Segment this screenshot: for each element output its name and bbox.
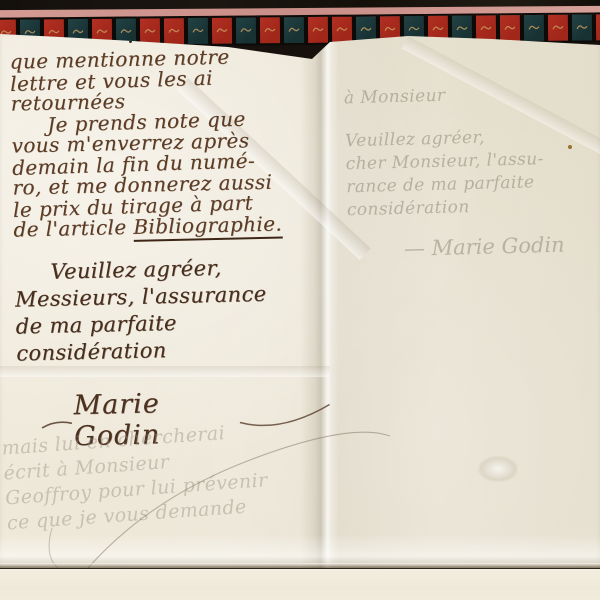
gilt-motif-icon xyxy=(526,21,542,35)
gilt-motif-icon xyxy=(142,24,158,38)
ornament-tile xyxy=(162,16,186,46)
ornament-tile xyxy=(522,13,546,43)
gilt-motif-icon xyxy=(430,22,446,36)
letter-paragraph-1: que mentionne notrelettre et vous les ai… xyxy=(9,44,329,240)
ornament-tile xyxy=(306,15,330,45)
gilt-motif-icon xyxy=(190,24,206,38)
ornament-tile xyxy=(330,15,354,45)
ornament-tile xyxy=(234,15,258,45)
gilt-motif-icon xyxy=(262,23,278,37)
gilt-motif-icon xyxy=(94,25,110,39)
gilt-motif-icon xyxy=(118,25,134,39)
gilt-motif-icon xyxy=(406,22,422,36)
gilt-motif-icon xyxy=(334,23,350,37)
signature-lead-stroke xyxy=(40,411,74,432)
gilt-motif-icon xyxy=(574,21,590,35)
ornament-tile xyxy=(258,15,282,45)
ornament-tile xyxy=(186,16,210,46)
faint-signature: — Marie Godin xyxy=(404,232,600,261)
gilt-motif-icon xyxy=(286,23,302,37)
gilt-motif-icon xyxy=(382,22,398,36)
ornament-tile xyxy=(498,13,522,43)
folded-under-sheet xyxy=(0,569,600,600)
ornament-tile xyxy=(546,13,570,43)
ornament-tile xyxy=(210,16,234,46)
gilt-motif-icon xyxy=(310,23,326,37)
photographed-letter: que mentionne notrelettre et vous les ai… xyxy=(0,0,600,600)
letter-sheet: que mentionne notrelettre et vous les ai… xyxy=(0,28,600,568)
gilt-motif-icon xyxy=(70,25,86,39)
faint-signature-name: Marie Godin xyxy=(431,233,565,260)
letter-text-block: que mentionne notrelettre et vous les ai… xyxy=(9,44,334,453)
gilt-motif-icon xyxy=(502,21,518,35)
faint-right-lines: à MonsieurVeuillez agréer,cher Monsieur,… xyxy=(344,81,599,223)
gilt-motif-icon xyxy=(214,24,230,38)
ornament-tile xyxy=(570,12,594,42)
gilt-motif-icon xyxy=(166,24,182,38)
paper-speck xyxy=(568,145,572,149)
letter-paragraph-2: Veuillez agréer,Messieurs, l'assurancede… xyxy=(14,252,332,367)
letter-line: considération xyxy=(16,333,333,367)
gilt-motif-icon xyxy=(454,22,470,36)
gilt-motif-icon xyxy=(358,22,374,36)
bleedthrough-text-right: à MonsieurVeuillez agréer,cher Monsieur,… xyxy=(344,81,600,263)
ornament-tile xyxy=(282,15,306,45)
ornament-tile xyxy=(594,12,600,42)
faint-signature-dash: — xyxy=(404,236,432,261)
gilt-motif-icon xyxy=(238,23,254,37)
gilt-motif-icon xyxy=(550,21,566,35)
gilt-motif-icon xyxy=(478,21,494,35)
